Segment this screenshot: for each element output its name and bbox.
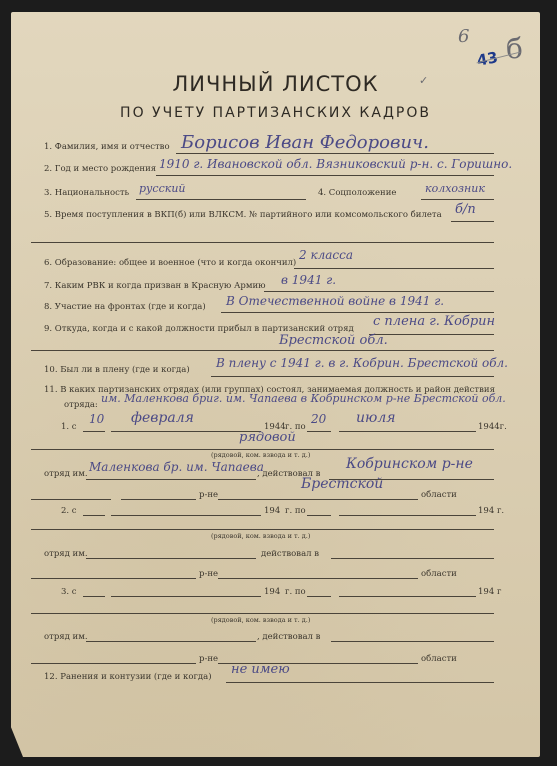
period-2-day-from-line: [83, 515, 105, 516]
period-1-position-line: [31, 449, 494, 450]
field-12-value: не имею: [231, 662, 290, 677]
field-3-value: русский: [139, 182, 185, 195]
period-2-otryad-line: [86, 558, 256, 559]
period-1-day-to: 20: [311, 412, 326, 426]
field-6-line: [294, 268, 494, 269]
field-10-label: 10. Был ли в плену (где и когда): [44, 365, 190, 375]
period-3-num: 3. с: [61, 587, 77, 597]
field-2-label: 2. Год и место рождения: [44, 164, 156, 174]
period-3-month-from-line: [111, 596, 261, 597]
period-2-year-to: 194 г.: [478, 506, 504, 516]
field-12-label: 12. Ранения и контузии (где и когда): [44, 672, 212, 682]
field-4-value: колхозник: [425, 182, 485, 195]
field-9-value-line1: с плена г. Кобрин: [373, 314, 495, 329]
field-8-label: 8. Участие на фронтах (где и когда): [44, 302, 206, 312]
period-1-rayon-line-2: [121, 499, 196, 500]
period-1-day-to-line: [307, 431, 331, 432]
period-3-otryad-line: [86, 641, 256, 642]
period-1-month-to-line: [339, 431, 476, 432]
field-9-line-2: [31, 350, 494, 351]
period-2-rayon-label: р-не: [199, 569, 218, 579]
period-3-month-to-line: [339, 596, 476, 597]
period-3-position-hint: (рядовой, ком. взвода и т. д.): [211, 616, 310, 624]
period-1-otryad-line: [86, 479, 256, 480]
field-6-value: 2 класса: [299, 248, 353, 262]
pencil-page-number: 6: [458, 26, 469, 47]
period-1-position: рядовой: [239, 430, 296, 445]
field-12-line: [226, 682, 494, 683]
period-3-oblast-label: области: [421, 654, 457, 664]
period-1-num: 1. с: [61, 422, 77, 432]
document-page: 6 43 б ЛИЧНЫЙ ЛИСТОК ✓ ПО УЧЕТУ ПАРТИЗАН…: [11, 12, 540, 757]
period-3-day-from-line: [83, 596, 105, 597]
field-8-value: В Отечественной войне в 1941 г.: [226, 294, 444, 308]
field-5-line: [451, 221, 494, 222]
period-2-otryad-label: отряд им.: [44, 549, 88, 559]
field-9-value-line2: Брестской обл.: [279, 333, 388, 348]
period-2-oblast-line: [218, 578, 418, 579]
period-1-oblast-line: [218, 499, 418, 500]
period-3-day-to-line: [307, 596, 331, 597]
period-2-num: 2. с: [61, 506, 77, 516]
period-2-oblast-label: области: [421, 569, 457, 579]
period-3-otryad-label: отряд им.: [44, 632, 88, 642]
period-2-rayon-line: [31, 578, 196, 579]
field-10-line: [211, 376, 494, 377]
field-11-otryad-prefix: отряда:: [64, 400, 98, 410]
period-1-month-from: февраля: [131, 410, 194, 426]
field-4-line: [421, 199, 494, 200]
period-1-oblast-value: Брестской: [301, 476, 383, 492]
period-2-day-to-line: [307, 515, 331, 516]
period-2-year-from: 194: [264, 506, 280, 516]
field-2-line: [156, 175, 494, 176]
period-1-oblast-label: области: [421, 490, 457, 500]
period-1-otryad-value: Маленкова бр. им. Чапаева: [89, 460, 264, 474]
period-3-rayon-line: [31, 663, 196, 664]
period-2-by: г. по: [285, 506, 306, 516]
field-7-line: [264, 291, 494, 292]
document-subtitle: ПО УЧЕТУ ПАРТИЗАНСКИХ КАДРОВ: [11, 105, 540, 121]
field-7-value: в 1941 г.: [281, 273, 336, 287]
field-5-label: 5. Время поступления в ВКП(б) или ВЛКСМ.…: [44, 210, 442, 220]
period-1-rayon-label: р-не: [199, 490, 218, 500]
period-1-year-to: 1944г.: [478, 422, 507, 432]
period-1-day-from: 10: [89, 412, 104, 426]
period-3-position-line: [31, 613, 494, 614]
field-3-label: 3. Национальность: [44, 188, 129, 198]
period-1-otryad-label: отряд им.: [44, 469, 88, 479]
period-3-year-from: 194: [264, 587, 280, 597]
field-5-value: б/п: [455, 202, 476, 217]
period-3-acted-label: , действовал в: [257, 632, 320, 642]
period-2-month-from-line: [111, 515, 261, 516]
document-title: ЛИЧНЫЙ ЛИСТОК: [11, 72, 540, 96]
period-1-month-to: июля: [356, 410, 396, 426]
field-1-value: Борисов Иван Федорович.: [181, 132, 429, 153]
field-8-line: [221, 312, 494, 313]
period-2-acted-line: [331, 558, 494, 559]
period-1-acted-value: Кобринском р-не: [346, 456, 473, 472]
field-6-label: 6. Образование: общее и военное (что и к…: [44, 258, 296, 268]
field-7-label: 7. Каким РВК и когда призван в Красную А…: [44, 281, 266, 291]
field-4-label: 4. Соцположение: [318, 188, 396, 198]
period-2-position-hint: (рядовой, ком. взвода и т. д.): [211, 532, 310, 540]
field-1-line: [176, 153, 494, 154]
check-mark-icon: ✓: [419, 74, 428, 87]
period-3-rayon-label: р-не: [199, 654, 218, 664]
field-2-value: 1910 г. Ивановской обл. Вязниковский р-н…: [159, 157, 512, 171]
period-3-year-to: 194 г: [478, 587, 501, 597]
field-11-otryad-value: им. Маленкова бриг. им. Чапаева в Кобрин…: [101, 392, 506, 405]
pencil-letter-mark: б: [506, 32, 523, 65]
period-2-month-to-line: [339, 515, 476, 516]
period-3-acted-line: [331, 641, 494, 642]
field-10-value: В плену с 1941 г. в г. Кобрин. Брестской…: [216, 356, 508, 370]
field-1-label: 1. Фамилия, имя и отчество: [44, 142, 170, 152]
period-1-day-from-line: [83, 431, 105, 432]
field-3-line: [136, 199, 306, 200]
period-3-by: г. по: [285, 587, 306, 597]
period-1-position-hint: (рядовой, ком. взвода и т. д.): [211, 451, 310, 459]
period-2-position-line: [31, 529, 494, 530]
field-5-line-2: [31, 242, 494, 243]
period-2-acted-label: действовал в: [261, 549, 319, 559]
period-1-rayon-line-1: [31, 499, 111, 500]
